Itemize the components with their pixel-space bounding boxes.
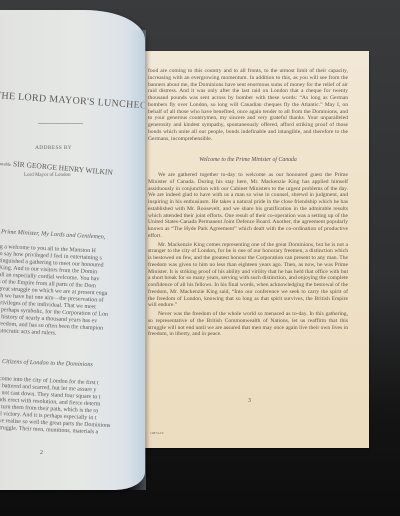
speaker-prefix: urable [0,161,11,167]
right-paragraph-3: Mr. Mackenzie King comes representing on… [148,242,348,310]
left-paragraph-1: g a welcome to you all to the Mansion H … [0,244,145,341]
right-page: food are coming to this country and to a… [140,51,369,448]
title-divider [38,123,83,124]
speaker-role: Lord Mayor of London [24,173,71,178]
page-number-left: 2 [40,450,43,456]
address-by-label: ADDRESS BY [35,145,72,151]
left-paragraph-2: come into the city of London for the fir… [0,376,145,438]
section-heading-prime-minister: Welcome to the Prime Minister of Canada [148,157,348,164]
page-number-right: 3 [248,398,251,404]
salutation: , Prime Minister, My Lords and Gentlemen… [0,228,106,241]
page-title: THE LORD MAYOR'S LUNCHEON [0,90,145,112]
right-paragraph-4: Never was the freedom of the whole world… [148,311,348,338]
right-paragraph-2: We are gathered together to-day to welco… [148,172,348,240]
left-page: THE LORD MAYOR'S LUNCHEON ADDRESS BY ura… [0,10,145,490]
right-paragraph-1: food are coming to this country and to a… [148,68,348,142]
printer-code: 14874-19 [150,431,163,435]
right-page-body: food are coming to this country and to a… [148,68,348,338]
section-heading-citizens: Citizens of London to the Dominions [2,358,93,368]
